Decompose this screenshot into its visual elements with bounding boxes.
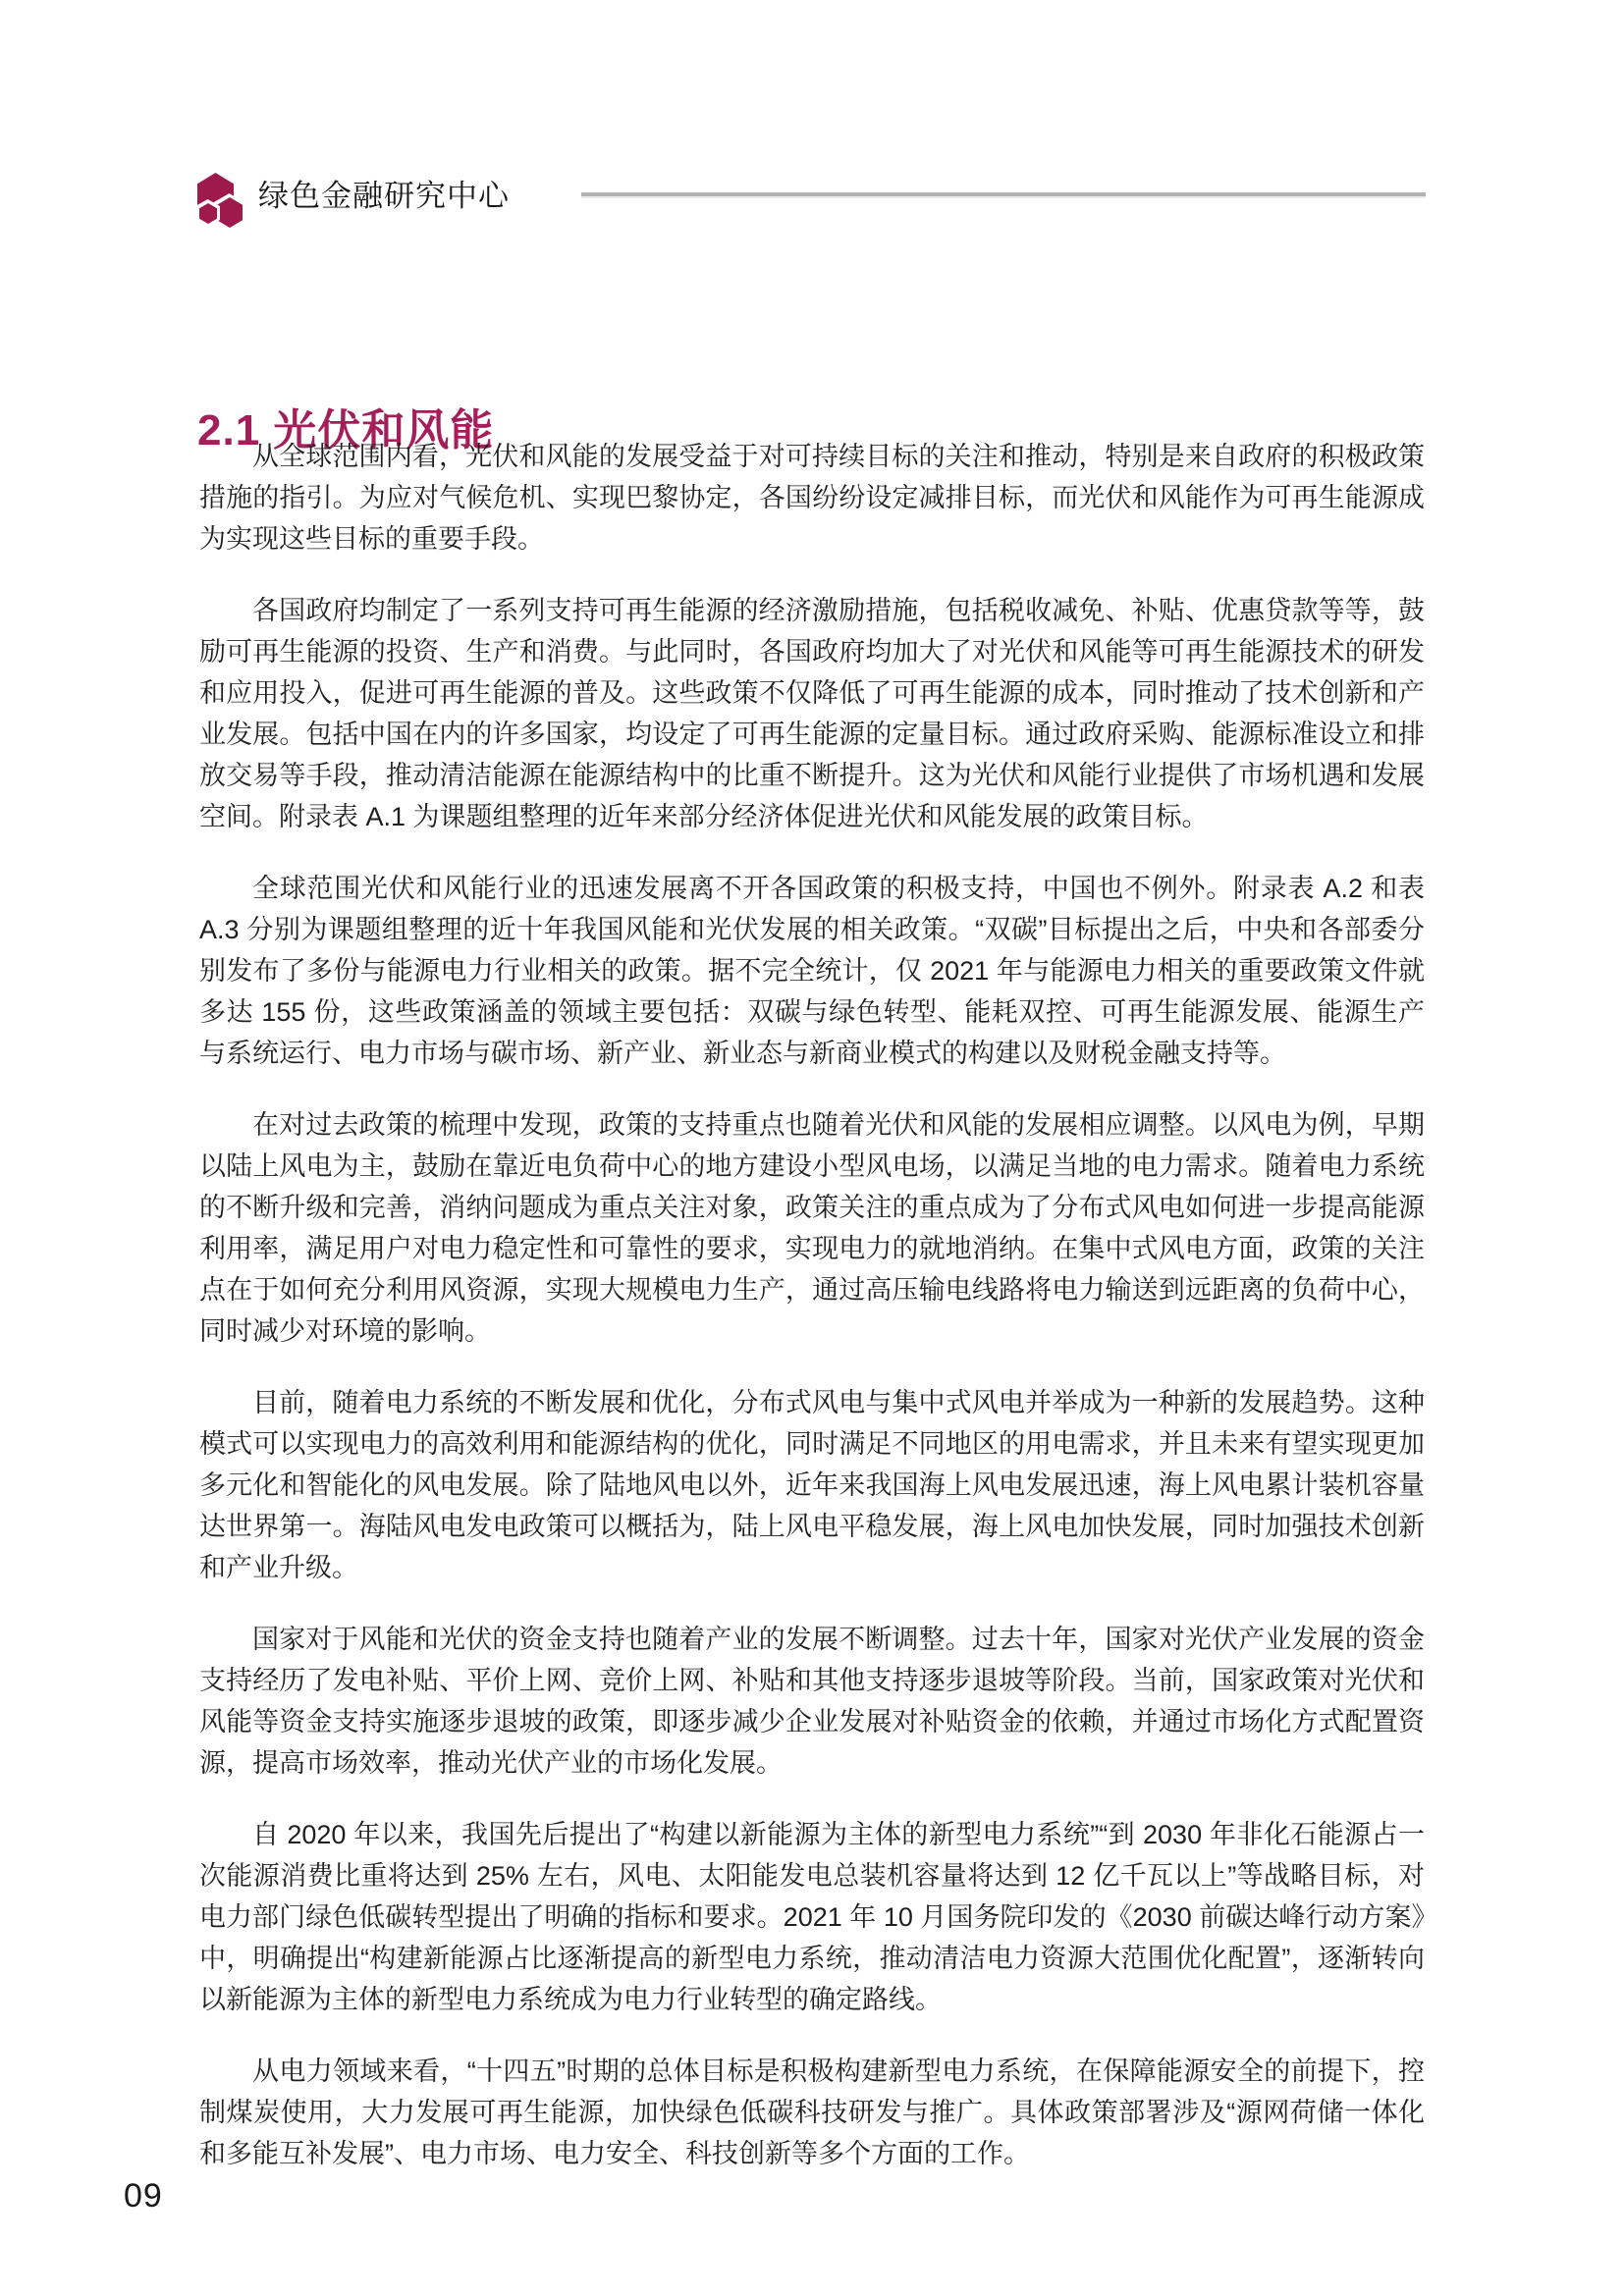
document-page: { "colors": { "brand": "#9e1a4c", "accen…: [0, 0, 1624, 2296]
paragraph: 从全球范围内看，光伏和风能的发展受益于对可持续目标的关注和推动，特别是来自政府的…: [199, 436, 1425, 560]
body-paragraphs: 从全球范围内看，光伏和风能的发展受益于对可持续目标的关注和推动，特别是来自政府的…: [199, 436, 1425, 2205]
paragraph: 国家对于风能和光伏的资金支持也随着产业的发展不断调整。过去十年，国家对光伏产业发…: [199, 1619, 1425, 1784]
org-logo-icon: [194, 169, 249, 230]
paragraph: 各国政府均制定了一系列支持可再生能源的经济激励措施，包括税收减免、补贴、优惠贷款…: [199, 590, 1425, 837]
page-number: 09: [124, 2177, 163, 2216]
header-rule: [581, 192, 1426, 198]
paragraph: 从电力领域来看，“十四五”时期的总体目标是积极构建新型电力系统，在保障能源安全的…: [199, 2051, 1425, 2174]
paragraph: 目前，随着电力系统的不断发展和优化，分布式风电与集中式风电并举成为一种新的发展趋…: [199, 1382, 1425, 1588]
paragraph: 自 2020 年以来，我国先后提出了“构建以新能源为主体的新型电力系统”“到 2…: [199, 1814, 1425, 2020]
paragraph: 在对过去政策的梳理中发现，政策的支持重点也随着光伏和风能的发展相应调整。以风电为…: [199, 1104, 1425, 1352]
paragraph: 全球范围光伏和风能行业的迅速发展离不开各国政策的积极支持，中国也不例外。附录表 …: [199, 868, 1425, 1074]
org-name: 绿色金融研究中心: [258, 180, 510, 213]
